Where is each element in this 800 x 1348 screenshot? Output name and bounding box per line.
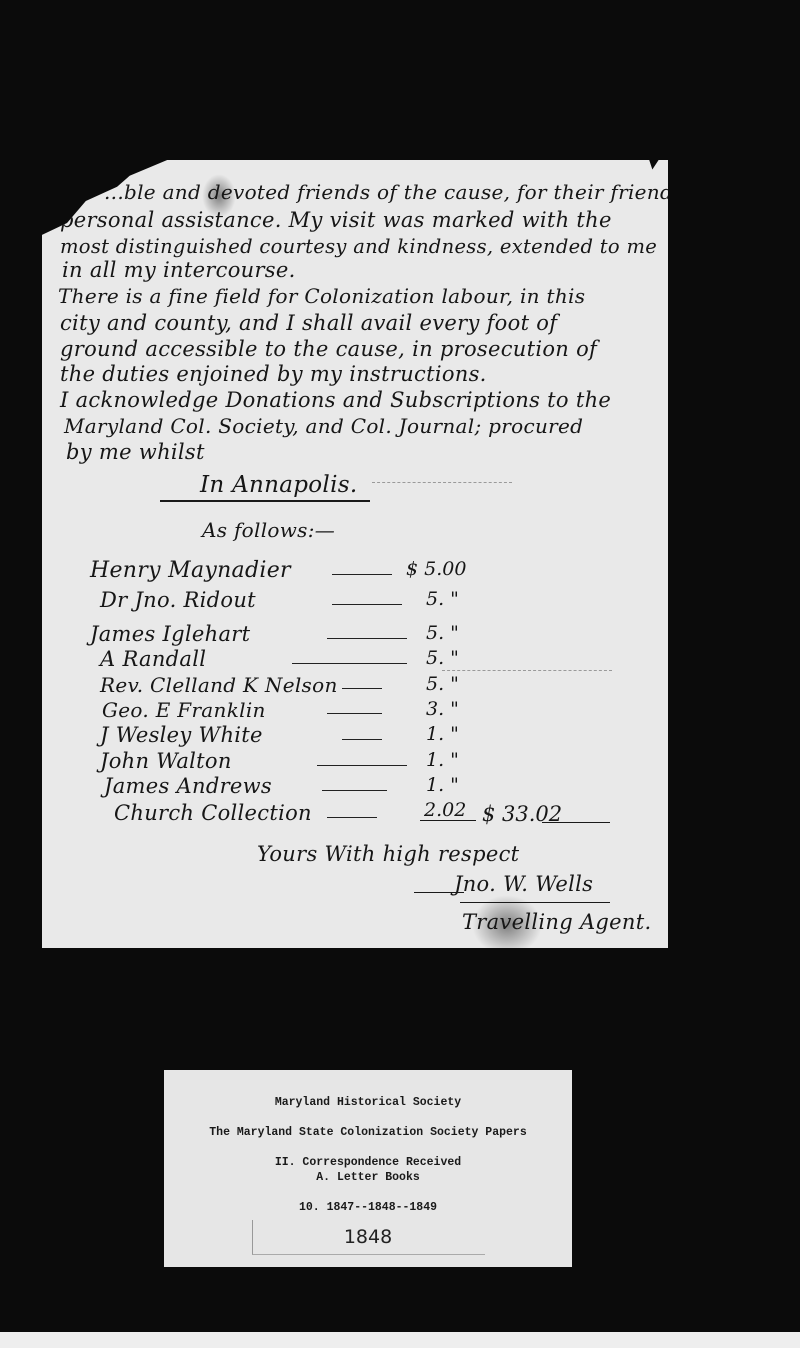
signature-title: Travelling Agent. <box>462 910 651 934</box>
letter-line: ...ble and devoted friends of the cause,… <box>104 180 691 204</box>
card-year: 1848 <box>164 1226 572 1248</box>
frame-bottom-edge <box>0 1332 800 1348</box>
donor-name: A Randall <box>100 647 206 671</box>
letter-line: city and county, and I shall avail every… <box>60 311 557 335</box>
card-subseries: A. Letter Books <box>164 1171 572 1184</box>
letter-line: personal assistance. My visit was marked… <box>60 208 612 232</box>
donation-amount: 1. " <box>426 774 459 796</box>
donor-name: J Wesley White <box>100 723 263 747</box>
leader-dash <box>322 790 387 791</box>
list-intro: As follows:— <box>202 518 335 542</box>
signature-flourish <box>414 892 464 893</box>
location-heading: In Annapolis. <box>200 472 357 498</box>
donation-amount: $ 5.00 <box>406 558 466 580</box>
signature: Jno. W. Wells <box>454 872 593 896</box>
donor-name: Rev. Clelland K Nelson <box>100 673 338 697</box>
closing-line: Yours With high respect <box>257 842 519 866</box>
leader-dash <box>332 604 402 605</box>
faint-stroke <box>442 670 612 671</box>
donor-name: Dr Jno. Ridout <box>100 588 256 612</box>
leader-dash <box>317 765 407 766</box>
donation-amount: 3. " <box>426 698 459 720</box>
leader-dash <box>327 638 407 639</box>
heading-underline <box>160 500 370 502</box>
donation-amount: 5. " <box>426 673 459 695</box>
donor-name: Geo. E Franklin <box>102 698 266 722</box>
card-volume: 10. 1847--1848--1849 <box>164 1201 572 1214</box>
leader-dash <box>292 663 407 664</box>
donor-name: James Andrews <box>104 774 272 798</box>
leader-dash <box>327 817 377 818</box>
donation-amount: 5. " <box>426 622 459 644</box>
letter-line: most distinguished courtesy and kindness… <box>60 235 657 258</box>
leader-dash <box>332 574 392 575</box>
letter-line: There is a fine field for Colonization l… <box>58 284 585 308</box>
faint-stroke <box>372 482 512 483</box>
donation-amount: 5. " <box>426 588 459 610</box>
donation-amount: 1. " <box>426 723 459 745</box>
card-institution: Maryland Historical Society <box>164 1096 572 1109</box>
donation-amount: 5. " <box>426 647 459 669</box>
letter-page: ...ble and devoted friends of the cause,… <box>42 160 668 948</box>
letter-line: ground accessible to the cause, in prose… <box>60 337 597 361</box>
donor-name: Church Collection <box>114 801 312 825</box>
leader-dash <box>327 713 382 714</box>
card-series: II. Correspondence Received <box>164 1156 572 1169</box>
microfilm-frame: ...ble and devoted friends of the cause,… <box>0 0 800 1332</box>
archive-label-card: Maryland Historical Society The Maryland… <box>164 1070 572 1267</box>
card-collection: The Maryland State Colonization Society … <box>164 1126 572 1139</box>
donor-name: John Walton <box>100 749 232 773</box>
donation-amount: 2.02 <box>424 799 466 821</box>
donor-name: Henry Maynadier <box>90 558 291 583</box>
letter-line: in all my intercourse. <box>62 258 296 282</box>
leader-dash <box>342 688 382 689</box>
letter-line: Maryland Col. Society, and Col. Journal;… <box>64 414 583 438</box>
leader-dash <box>342 739 382 740</box>
donor-name: James Iglehart <box>90 622 250 646</box>
signature-underline <box>460 902 610 903</box>
letter-line: by me whilst <box>66 440 205 464</box>
subtotal-underline <box>420 820 476 821</box>
letter-line: the duties enjoined by my instructions. <box>60 362 487 386</box>
total-underline <box>542 822 610 823</box>
letter-line: I acknowledge Donations and Subscription… <box>60 388 611 412</box>
donation-amount: 1. " <box>426 749 459 771</box>
